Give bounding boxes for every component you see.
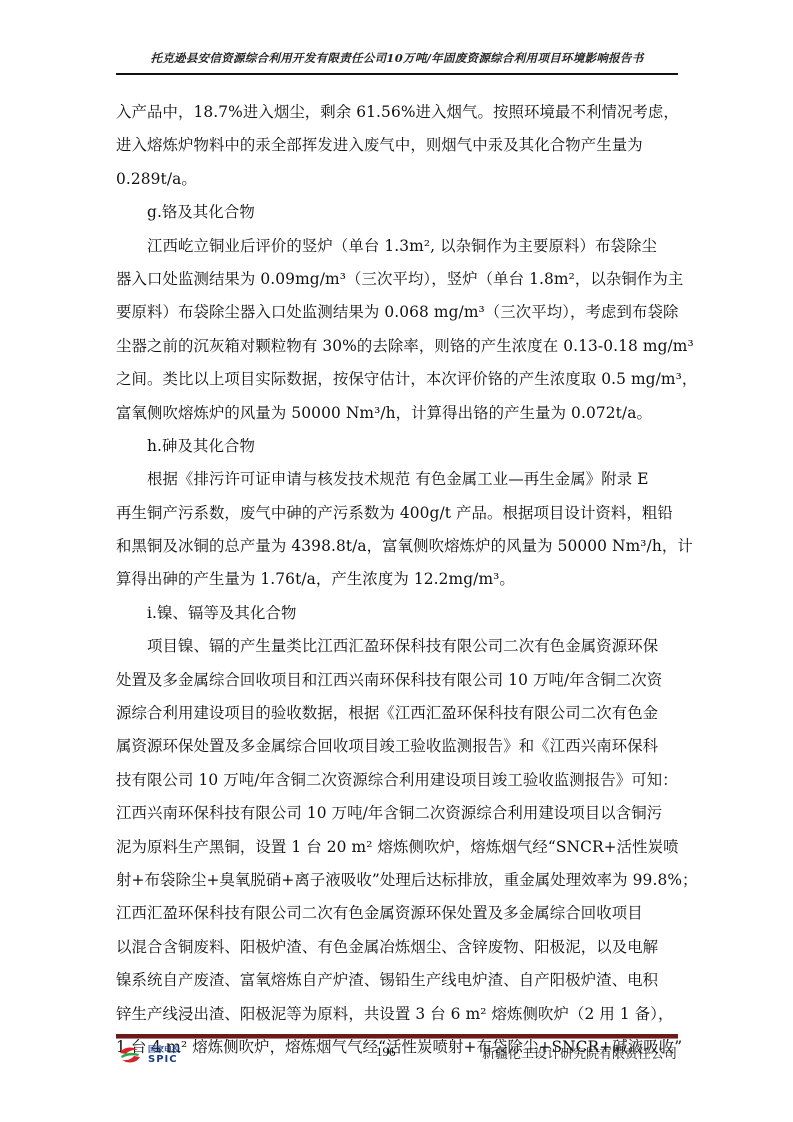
logo-en-text: SPIC: [148, 1054, 178, 1065]
body-line: 根据《排污许可证申请与核发技术规范 有色金属工业—再生金属》附录 E: [116, 463, 678, 496]
body-line: 源综合利用建设项目的验收数据，根据《江西汇盈环保科技有限公司二次有色金: [116, 697, 678, 730]
body-line: 江西屹立铜业后评价的竖炉（单台 1.3m², 以杂铜作为主要原料）布袋除尘: [116, 230, 678, 263]
body-line: 江西汇盈环保科技有限公司二次有色金属资源环保处置及多金属综合回收项目: [116, 897, 678, 930]
body-line: 项目镍、镉的产生量类比江西汇盈环保科技有限公司二次有色金属资源环保: [116, 630, 678, 663]
section-heading-arsenic: h.砷及其化合物: [116, 430, 678, 463]
body-line: 江西兴南环保科技有限公司 10 万吨/年含铜二次资源综合利用建设项目以含铜污: [116, 797, 678, 830]
body-line: 尘器之前的沉灰箱对颗粒物有 30%的去除率，则铬的产生浓度在 0.13-0.18…: [116, 330, 678, 363]
section-heading-chromium: g.铬及其化合物: [116, 196, 678, 229]
spic-logo: 国家电投 SPIC: [118, 1043, 198, 1067]
body-line: 和黑铜及冰铜的总产量为 4398.8t/a，富氧侧吹熔炼炉的风量为 50000 …: [116, 530, 678, 563]
body-line: 射+布袋除尘+臭氧脱硝+离子液吸收”处理后达标排放，重金属处理效率为 99.8%…: [116, 864, 678, 897]
document-body: 入产品中，18.7%进入烟尘，剩余 61.56%进入烟气。按照环境最不利情况考虑…: [116, 96, 678, 1064]
body-line: 算得出砷的产生量为 1.76t/a，产生浓度为 12.2mg/m³。: [116, 563, 678, 596]
body-line: 进入熔炼炉物料中的汞全部挥发进入废气中，则烟气中汞及其化合物产生量为: [116, 129, 678, 162]
body-line: 富氧侧吹熔炼炉的风量为 50000 Nm³/h，计算得出铬的产生量为 0.072…: [116, 397, 678, 430]
body-line: 0.289t/a。: [116, 163, 678, 196]
spic-logo-icon: [118, 1045, 142, 1065]
footer-organization: 新疆化工设计研究院有限责任公司: [482, 1043, 677, 1062]
page-number: 196: [376, 1044, 396, 1060]
body-line: 再生铜产污系数，废气中砷的产污系数为 400g/t 产品。根据项目设计资料，粗铅: [116, 497, 678, 530]
body-line: 镍系统自产废渣、富氧熔炼自产炉渣、锡铅生产线电炉渣、自产阳极炉渣、电积: [116, 964, 678, 997]
body-line: 以混合含铜废料、阳极炉渣、有色金属冶炼烟尘、含锌废物、阳极泥，以及电解: [116, 931, 678, 964]
body-line: 器入口处监测结果为 0.09mg/m³（三次平均），竖炉（单台 1.8m²，以杂…: [116, 263, 678, 296]
header-divider: [116, 73, 678, 75]
body-line: 锌生产线浸出渣、阳极泥等为原料，共设置 3 台 6 m² 熔炼侧吹炉（2 用 1…: [116, 998, 678, 1031]
header-title: 托克逊县安信资源综合利用开发有限责任公司10万吨/年固废资源综合利用项目环境影响…: [118, 50, 676, 66]
section-heading-nickel-cadmium: i.镍、镉等及其化合物: [116, 597, 678, 630]
body-line: 入产品中，18.7%进入烟尘，剩余 61.56%进入烟气。按照环境最不利情况考虑…: [116, 96, 678, 129]
body-line: 要原料）布袋除尘器入口处监测结果为 0.068 mg/m³（三次平均），考虑到布…: [116, 296, 678, 329]
body-line: 技有限公司 10 万吨/年含铜二次资源综合利用建设项目竣工验收监测报告》可知：: [116, 764, 678, 797]
body-line: 处置及多金属综合回收项目和江西兴南环保科技有限公司 10 万吨/年含铜二次资: [116, 664, 678, 697]
body-line: 泥为原料生产黑铜，设置 1 台 20 m² 熔炼侧吹炉，熔炼烟气经“SNCR+活…: [116, 831, 678, 864]
footer-divider: [116, 1034, 678, 1039]
body-line: 之间。类比以上项目实际数据，按保守估计，本次评价铬的产生浓度取 0.5 mg/m…: [116, 363, 678, 396]
body-line: 属资源环保处置及多金属综合回收项目竣工验收监测报告》和《江西兴南环保科: [116, 730, 678, 763]
